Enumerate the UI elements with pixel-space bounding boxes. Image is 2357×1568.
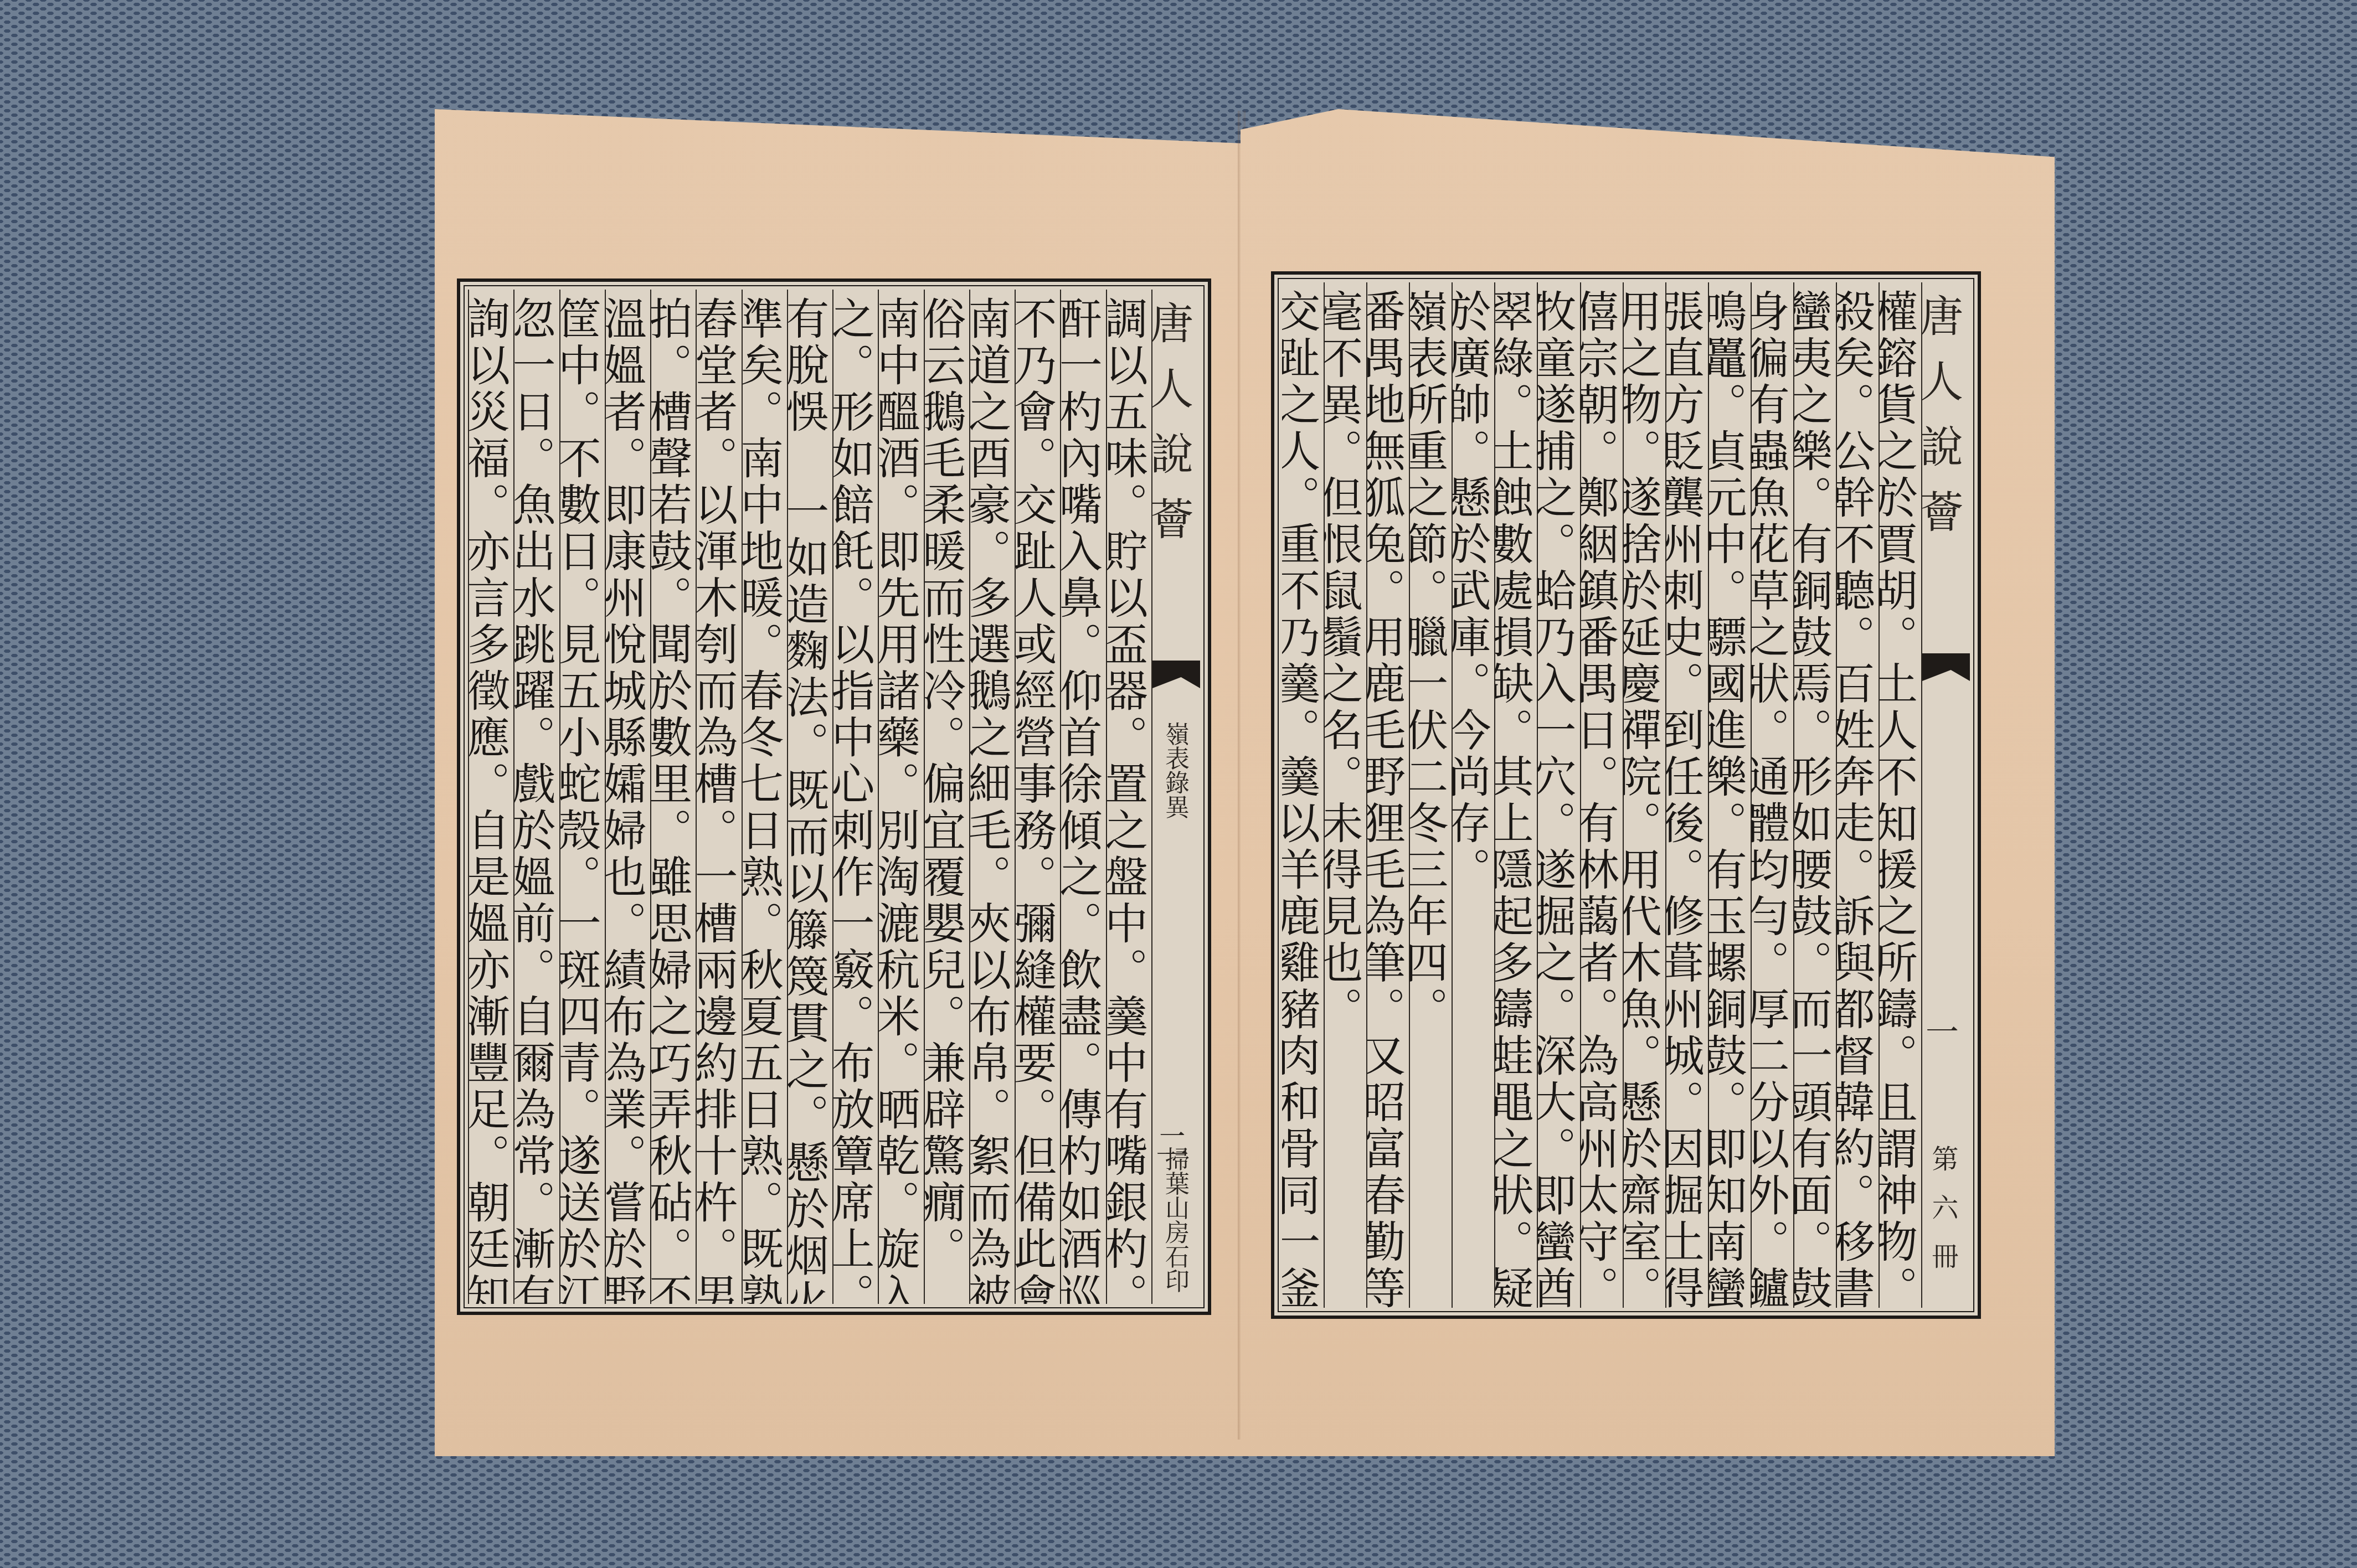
text-column: 不乃會。交趾人或經營事務。彌縫權要。但備此會。無不諧者。 bbox=[1015, 290, 1060, 1304]
text-column: 身徧有蟲魚花草之狀。通體均勻。厚二分以外。鑪鑄之妙。實為奇巧。擊之響亮。不下 bbox=[1751, 282, 1793, 1308]
text-column: 張直方貶龔州刺史。到任後。修葺州城。因掘土得一銅鼓。載以歸京。到襄陽。以為無 bbox=[1665, 282, 1708, 1308]
text-column: 有脫悞 一如造麴法。既而以籐篾貫之。懸於烟火之上。每醞一年。用幾個餅子。固有恒 bbox=[787, 290, 832, 1304]
fold-margin-right: 唐人說薈 一 第六冊 bbox=[1921, 282, 1970, 1308]
text-column: 番禺地無狐兔。用鹿毛野狸毛為筆。又昭富春勤等州。則擇雞毛為筆。其為用與兔 bbox=[1366, 282, 1409, 1308]
fishtail-mark-icon bbox=[1922, 653, 1970, 681]
text-column: 俗云鵝毛柔暖而性冷。偏宜覆嬰兒。兼辟驚癇。 bbox=[924, 290, 969, 1304]
text-column: 鳴鼉。貞元中。驃國進樂。有玉螺銅鼓。即知南蠻酋首之家。皆有此鼓也。咸通末。幽州 bbox=[1708, 282, 1751, 1308]
text-column: 詢以災福。亦言多徵應。自是媼亦漸豐足。朝廷知之。遣使徵入京師。至全義嶺。有疾 bbox=[468, 290, 513, 1304]
text-column: 筐中。不數日。見五小蛇殼。一斑四青。遂送於江次。固無意望報也。媼嘗濯浣於江邊。 bbox=[559, 290, 605, 1304]
fishtail-mark-icon bbox=[1152, 661, 1200, 688]
text-column: 之。形如餢飥。以指中心刺作一竅。布放簟席上。以枸杞葉攢罨之。其體候好發。案此句疑 bbox=[832, 290, 878, 1304]
text-column: 準矣。南中地暖。春冬七日熟。秋夏五日熟。既熟。貯以瓦甕。用糞掃火燒之。 bbox=[742, 290, 787, 1304]
text-column: 於廣帥。懸於武庫。今尚存。 bbox=[1452, 282, 1494, 1308]
right-text-frame: 唐人說薈 一 第六冊 權鎔貨之於賈胡。土人不知援之所鑄。且謂神物。哭曰。使者果壞… bbox=[1271, 271, 1981, 1319]
text-column: 僖宗朝。鄭絪鎮番禺日。有林藹者。為高州太守。有鄉墅小兒。因牧牛聞田中有蛤鳴。 bbox=[1580, 282, 1623, 1308]
volume-mark: 一 bbox=[1916, 1014, 1963, 1048]
text-column: 毫不異。但恨鼠鬚之名。未得見也。 bbox=[1324, 282, 1366, 1308]
fold-margin-left: 唐人說薈 嶺表錄異 二 掃葉山房石印 bbox=[1151, 290, 1200, 1304]
text-column: 南道之酉豪。多選鵝之細毛。夾以布帛。絮而為被。復縱橫衲之。其溫不下於挾纊也。 bbox=[969, 290, 1015, 1304]
text-column: 翠綠。土蝕數處損缺。其上隱起多鑄蛙黽之狀。疑其鳴蛤即鼓精也。遂狀其緣由。納 bbox=[1494, 282, 1537, 1308]
section-title: 嶺表錄異 bbox=[1157, 721, 1192, 819]
text-column: 舂堂者。以渾木刳而為槽。一槽兩邊約排十杵。男女立以舂稻粱。敲磕槽舷。皆有遍 bbox=[696, 290, 741, 1304]
left-text-frame: 調以五味。貯以盃器。置之盤中。羹中有嘴銀杓。可受一升。即揖讓。多自主人先舉。即 … bbox=[457, 278, 1211, 1315]
volume-label: 第六冊 bbox=[1924, 1145, 1962, 1291]
text-column: 調以五味。貯以盃器。置之盤中。羹中有嘴銀杓。可受一升。即揖讓。多自主人先舉。即 bbox=[1106, 290, 1151, 1304]
text-column: 酐一杓內嘴入鼻。仰首徐傾之。飲盡。傳杓如酒巡行之。喫羹了。然後續以諸餚。謂之 bbox=[1060, 290, 1105, 1304]
text-column: 忽一日。魚出水跳躍。戲於媼前。自爾為常。漸有知者。鄉里咸為之龍母。敬而事之。或 bbox=[513, 290, 559, 1304]
text-column: 蠻夷之樂。有銅鼓焉。形如腰鼓。而一頭有面。鼓面圓三尺許。面與身連。全用銅鑄。其 bbox=[1793, 282, 1836, 1308]
open-book: 調以五味。貯以盃器。置之盤中。羹中有嘴銀杓。可受一升。即揖讓。多自主人先舉。即 … bbox=[435, 89, 2055, 1456]
text-column: 溫媼者。即康州悅城縣孀婦也。績布為業。嘗於野岸拾菜。見沙中有五卵。遂收歸置 bbox=[605, 290, 650, 1304]
text-column: 用之物。遂捨於延慶禪院。用代木魚。懸於齋室。今見存。 bbox=[1623, 282, 1665, 1308]
text-column: 交趾之人。重不乃羹。羹以羊鹿雞豬肉和骨同一釜煮之。令極肥濃。漉去肉。進蔥薑。 bbox=[1282, 282, 1324, 1308]
text-column: 拍。槽聲若鼓。聞於數里。雖思婦之巧弄秋砧。不能比其瀏亮也。 bbox=[650, 290, 696, 1304]
left-page: 調以五味。貯以盃器。置之盤中。羹中有嘴銀杓。可受一升。即揖讓。多自主人先舉。即 … bbox=[435, 89, 1241, 1456]
text-column: 權鎔貨之於賈胡。土人不知援之所鑄。且謂神物。哭曰。使者果壞是。吾屬為海人所 bbox=[1879, 282, 1921, 1308]
right-page: 唐人說薈 一 第六冊 權鎔貨之於賈胡。土人不知援之所鑄。且謂神物。哭曰。使者果壞… bbox=[1241, 89, 2055, 1456]
text-column: 嶺表所重之節。臘一伏二冬三年四。 bbox=[1409, 282, 1452, 1308]
text-column: 殺矣。公幹不聽。百姓奔走。訴與都督韓約。移書辱之。公幹乃止。 bbox=[1836, 282, 1879, 1308]
text-column: 南中醞酒。即先用諸藥。別淘漉秔米。晒乾。旋入藥和米擣熟。即綟粉矣。熱水溲而團 bbox=[878, 290, 923, 1304]
publisher-imprint: 掃葉山房石印 bbox=[1157, 1147, 1192, 1293]
text-column: 牧童遂捕之。蛤乃入一穴。遂掘之。深大。即蠻酋家也。蛤乃無蹤。穴中得一銅鼓。其色 bbox=[1537, 282, 1579, 1308]
